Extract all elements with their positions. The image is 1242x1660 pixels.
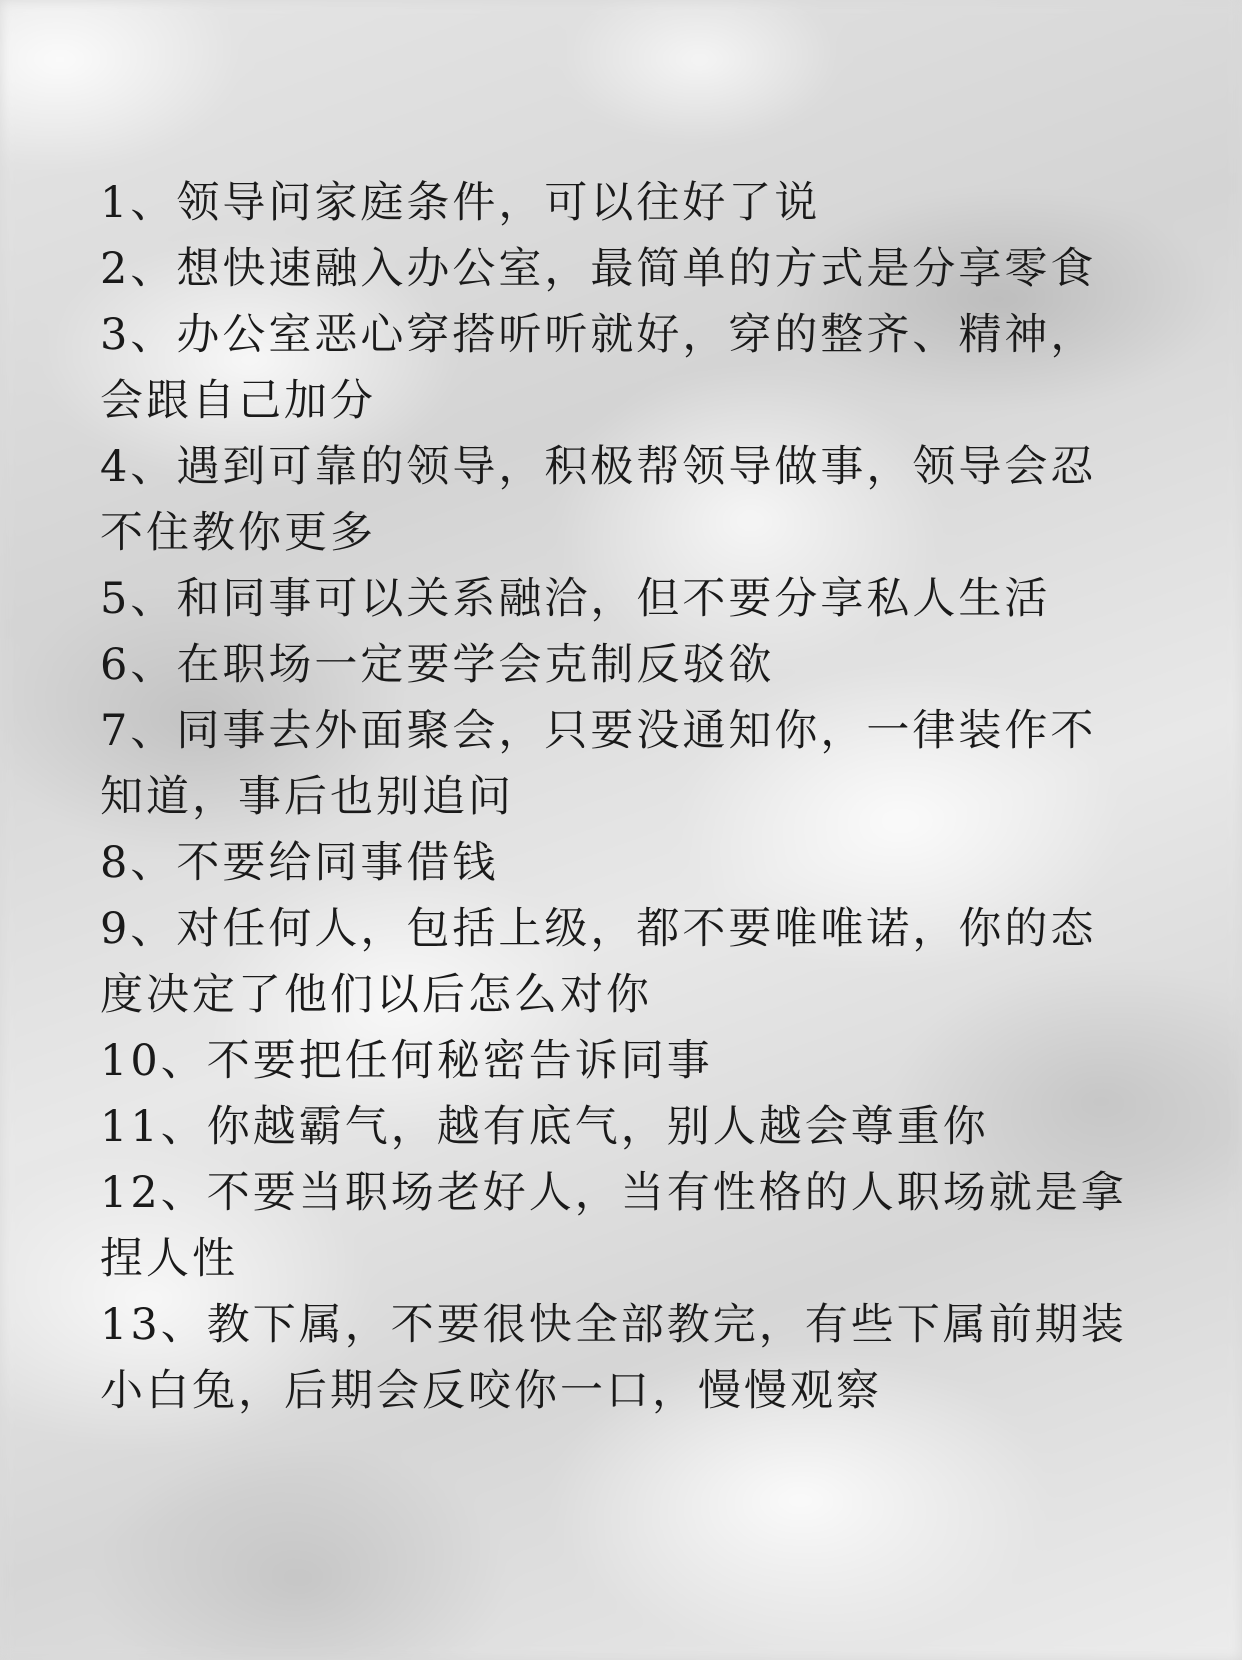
text-line: 6、在职场一定要学会克制反驳欲 bbox=[100, 632, 1160, 698]
tips-list: 1、领导问家庭条件，可以往好了说 2、想快速融入办公室，最简单的方式是分享零食 … bbox=[100, 170, 1160, 1424]
text-line: 13、教下属，不要很快全部教完，有些下属前期装 bbox=[100, 1292, 1160, 1358]
text-line: 3、办公室恶心穿搭听听就好，穿的整齐、精神， bbox=[100, 302, 1160, 368]
text-line: 2、想快速融入办公室，最简单的方式是分享零食 bbox=[100, 236, 1160, 302]
text-line: 不住教你更多 bbox=[100, 500, 1160, 566]
text-line: 度决定了他们以后怎么对你 bbox=[100, 962, 1160, 1028]
text-line: 11、你越霸气，越有底气，别人越会尊重你 bbox=[100, 1094, 1160, 1160]
text-line: 8、不要给同事借钱 bbox=[100, 830, 1160, 896]
text-line: 捏人性 bbox=[100, 1226, 1160, 1292]
text-line: 小白兔，后期会反咬你一口，慢慢观察 bbox=[100, 1358, 1160, 1424]
text-line: 12、不要当职场老好人，当有性格的人职场就是拿 bbox=[100, 1160, 1160, 1226]
text-line: 1、领导问家庭条件，可以往好了说 bbox=[100, 170, 1160, 236]
text-line: 5、和同事可以关系融洽，但不要分享私人生活 bbox=[100, 566, 1160, 632]
text-line: 知道，事后也别追问 bbox=[100, 764, 1160, 830]
text-line: 会跟自己加分 bbox=[100, 368, 1160, 434]
text-line: 9、对任何人，包括上级，都不要唯唯诺，你的态 bbox=[100, 896, 1160, 962]
text-line: 4、遇到可靠的领导，积极帮领导做事，领导会忍 bbox=[100, 434, 1160, 500]
text-line: 10、不要把任何秘密告诉同事 bbox=[100, 1028, 1160, 1094]
text-line: 7、同事去外面聚会，只要没通知你，一律装作不 bbox=[100, 698, 1160, 764]
